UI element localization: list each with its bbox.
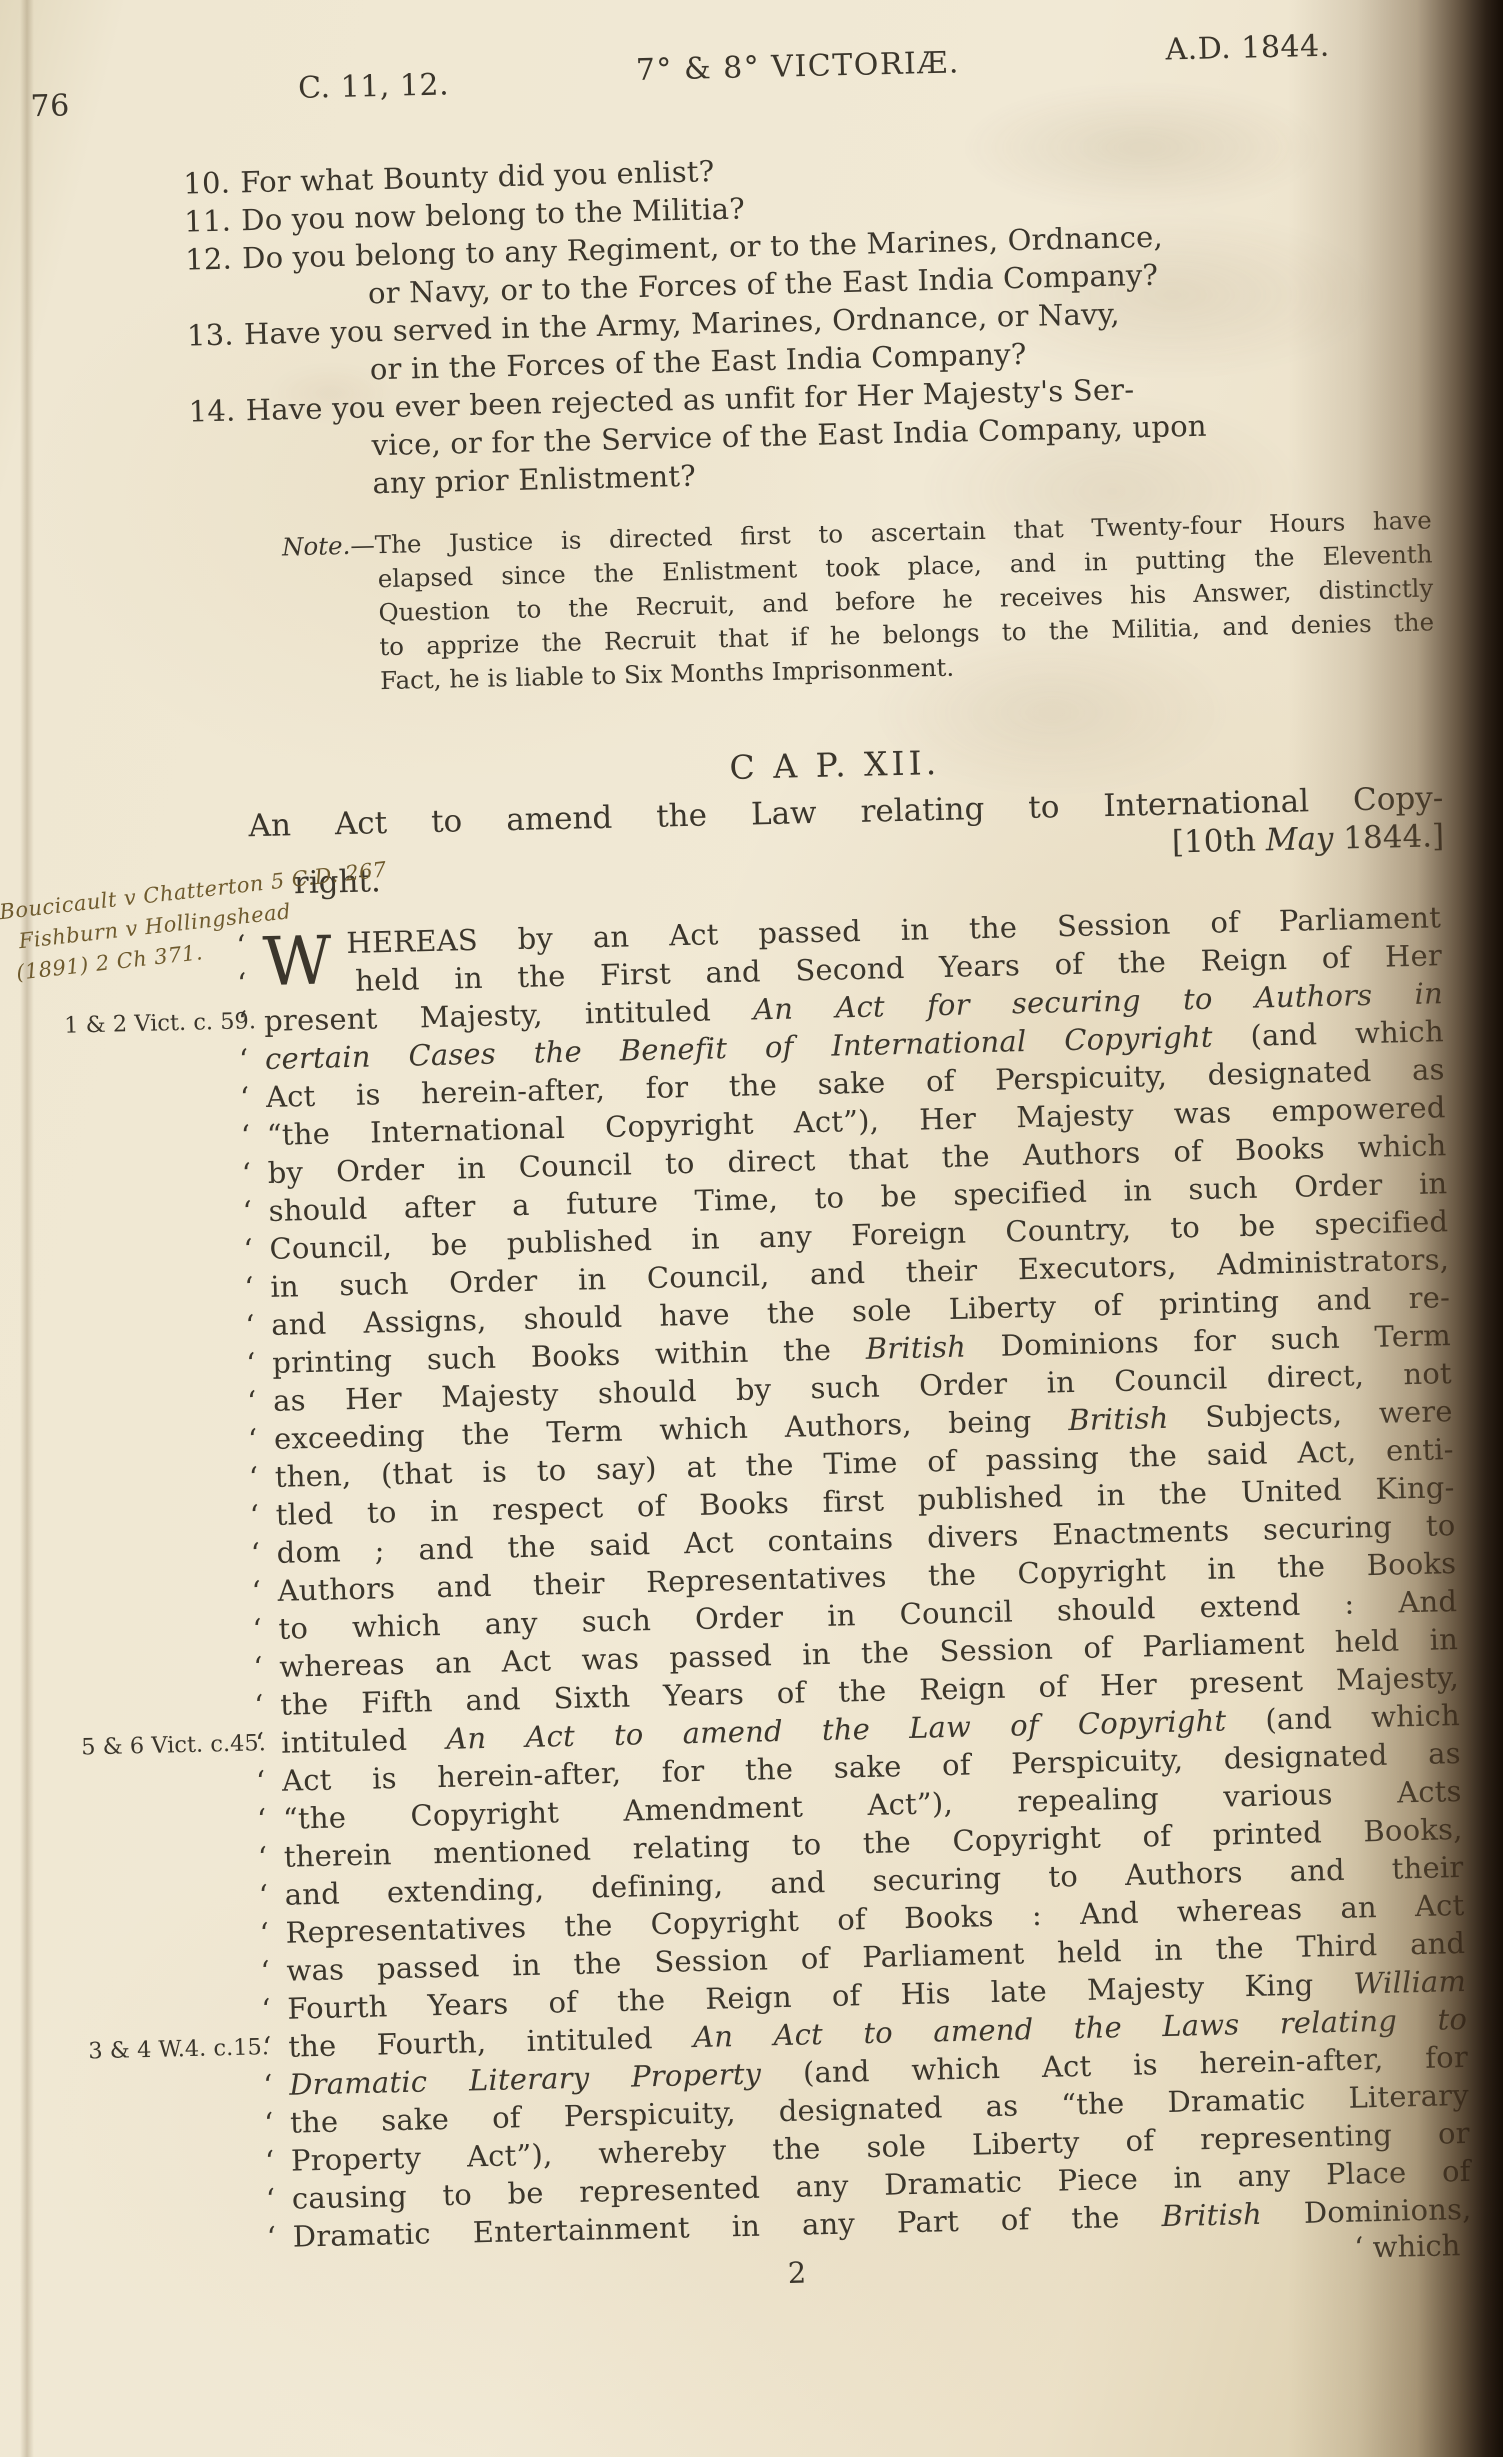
question-number: 12. [185, 239, 244, 316]
quote-mark: ‘ [259, 1914, 286, 1953]
quote-mark: ‘ [257, 1838, 284, 1877]
quote-mark: ‘ [254, 1686, 281, 1725]
quote-mark: ‘ [256, 1762, 283, 1801]
quote-mark: ‘ [241, 1154, 268, 1193]
chapter-ref: C. 11, 12. [298, 67, 450, 106]
quote-mark: ‘ [244, 1268, 271, 1307]
justice-note: Note.—The Justice is directed first to a… [282, 503, 1436, 700]
quote-mark: ‘ [237, 964, 264, 1003]
quote-mark: ‘ [263, 2066, 290, 2105]
royal-assent-date: [10th May 1844.] [1171, 816, 1444, 862]
quote-mark: ‘ [246, 1344, 273, 1383]
question-number: 14. [188, 391, 248, 506]
quote-mark: ‘ [247, 1382, 274, 1421]
quote-mark: ‘ [248, 1458, 275, 1497]
act-preamble: W 1 & 2 Vict. c. 59. 5 & 6 Vict. c.45. 3… [236, 898, 1472, 2256]
quote-mark: ‘ [242, 1192, 269, 1231]
quote-mark: ‘ [253, 1648, 280, 1687]
scanned-statute-page: 76 C. 11, 12. 7° & 8° VICTORIÆ. A.D. 184… [0, 0, 1503, 2457]
quote-mark: ‘ [257, 1800, 284, 1839]
quote-mark: ‘ [248, 1420, 275, 1459]
quote-mark: ‘ [251, 1572, 278, 1611]
question-number: 10. [183, 163, 241, 202]
page-number: 76 [30, 88, 70, 124]
quote-mark: ‘ [265, 2180, 292, 2219]
quote-mark: ‘ [264, 2104, 291, 2143]
quote-mark: ‘ [239, 1040, 266, 1079]
page-footer: 2 ‘ which [28, 2239, 1503, 2334]
act-title: An Act to amend the Law relating to Inte… [248, 778, 1445, 922]
margin-citation: 3 & 4 W.4. c.15. [88, 2034, 257, 2064]
margin-citation: 1 & 2 Vict. c. 59. [64, 1009, 233, 1039]
margin-citation: 5 & 6 Vict. c.45. [81, 1731, 250, 1761]
question-number: 11. [184, 201, 242, 240]
quote-mark: ‘ [266, 2218, 293, 2257]
quote-mark: ‘ [258, 1876, 285, 1915]
enlistment-questions: 10. For what Bounty did you enlist? 11. … [183, 135, 1431, 506]
quote-mark: ‘ [249, 1496, 276, 1535]
quote-mark: ‘ [252, 1610, 279, 1649]
signature-mark: 2 [787, 2256, 806, 2290]
quote-mark: ‘ [243, 1230, 270, 1269]
year-label: A.D. 1844. [1165, 29, 1330, 68]
running-header: 76 C. 11, 12. 7° & 8° VICTORIÆ. A.D. 184… [0, 0, 1480, 135]
quote-mark: ‘ [240, 1078, 267, 1117]
quote-mark: ‘ [245, 1306, 272, 1345]
quote-mark: ‘ [260, 1952, 287, 1991]
quote-mark: ‘ [265, 2142, 292, 2181]
regnal-title: 7° & 8° VICTORIÆ. [635, 45, 960, 88]
quote-mark: ‘ [250, 1534, 277, 1573]
page-content: 76 C. 11, 12. 7° & 8° VICTORIÆ. A.D. 184… [0, 0, 1503, 2457]
question-number: 13. [187, 315, 246, 392]
preamble-lines: ‘ HEREAS by an Act passed in the Session… [236, 898, 1472, 2256]
catchword: ‘ which [1354, 2228, 1461, 2264]
quote-mark: ‘ [261, 1990, 288, 2029]
quote-mark: ‘ [240, 1116, 267, 1155]
